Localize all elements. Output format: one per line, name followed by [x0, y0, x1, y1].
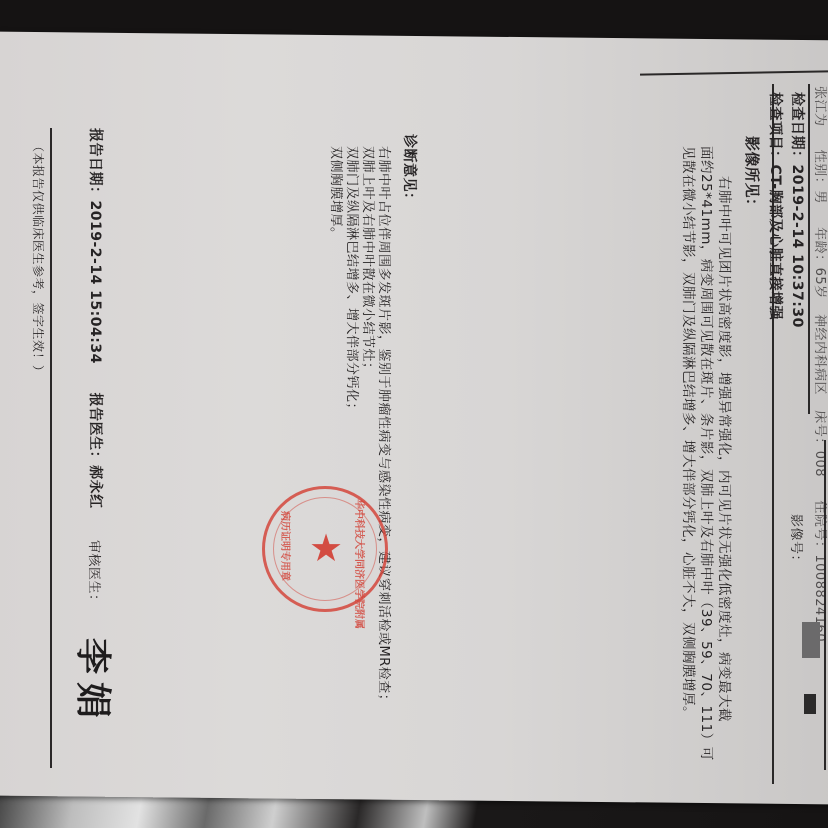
exam-item-label: 检查项目：	[767, 92, 783, 165]
exam-item-value: CT-胸部及心脏直接增强	[767, 165, 783, 321]
stamp-top-text: 华中科技大学同济医学院附属	[353, 499, 368, 629]
exam-date-row: 检查日期：2019-2-14 10:37:30	[788, 92, 808, 328]
footer-disclaimer: （本报告仅供临床医生参考，签字生效！）	[30, 140, 47, 378]
header-rule-1	[808, 84, 810, 414]
reporting-doctor-name: 郝永红	[87, 465, 103, 509]
inpatient-no-label: 住院号：	[812, 500, 827, 554]
official-stamp: ★ 华中科技大学同济医学院附属 病历证明专用章	[262, 486, 388, 612]
ward-value: 神经内科病区	[812, 314, 827, 395]
bed-label: 床号：	[812, 410, 827, 451]
star-icon: ★	[309, 529, 343, 567]
age-label: 年龄：	[812, 227, 827, 268]
exam-date-label: 检查日期：	[789, 92, 805, 165]
report-content: 张江为 性别：男 年龄：65岁 神经内科病区 床号：008 住院号：100882…	[0, 0, 828, 828]
age-value: 65岁	[812, 268, 827, 299]
reporting-doctor-label: 报告医生：	[87, 393, 103, 466]
reviewer-signature: 李娟	[70, 638, 121, 726]
redacted-block	[804, 694, 816, 714]
exam-date-value: 2019-2-14 10:37:30	[789, 165, 805, 328]
report-date-label: 报告日期：	[87, 128, 103, 201]
patient-header-row: 张江为 性别：男 年龄：65岁 神经内科病区 床号：008 住院号：100882…	[812, 86, 828, 642]
exam-item-row: 检查项目：CT-胸部及心脏直接增强	[766, 92, 786, 320]
patient-name: 张江为	[812, 86, 827, 127]
footer-rule	[50, 128, 52, 768]
findings-line-1: 右肺中叶可见团片状高密度影，增强异常强化，内可见片状无强化低密度灶，病变最大截	[716, 176, 736, 722]
findings-line-3: 见散在微小结节影，双肺门及纵隔淋巴结增多、增大伴部分钙化，心脏不大，双侧胸膜增厚…	[680, 146, 700, 720]
reviewing-doctor-label: 审核医生：	[86, 540, 105, 608]
findings-heading: 影像所见：	[742, 136, 763, 214]
stamp-bottom-text: 病历证明专用章	[279, 511, 294, 581]
findings-line-2: 面约25*41mm，病变周围可见散在斑片、条片影，双肺上叶及右肺中叶（39、59…	[698, 146, 718, 761]
gender-value: 男	[812, 190, 827, 204]
redacted-block	[802, 622, 820, 658]
gender-label: 性别：	[812, 150, 827, 191]
image-no-label: 影像号：	[788, 514, 807, 568]
bed-value: 008	[812, 451, 827, 477]
diagnosis-line-4: 双侧胸膜增厚。	[328, 146, 347, 241]
diagnosis-heading: 诊断意见：	[400, 134, 420, 207]
top-rule	[640, 70, 828, 75]
report-date-value: 2019-2-14 15:04:34	[87, 201, 103, 364]
report-meta-row: 报告日期：2019-2-14 15:04:34 报告医生：郝永红	[86, 128, 106, 509]
